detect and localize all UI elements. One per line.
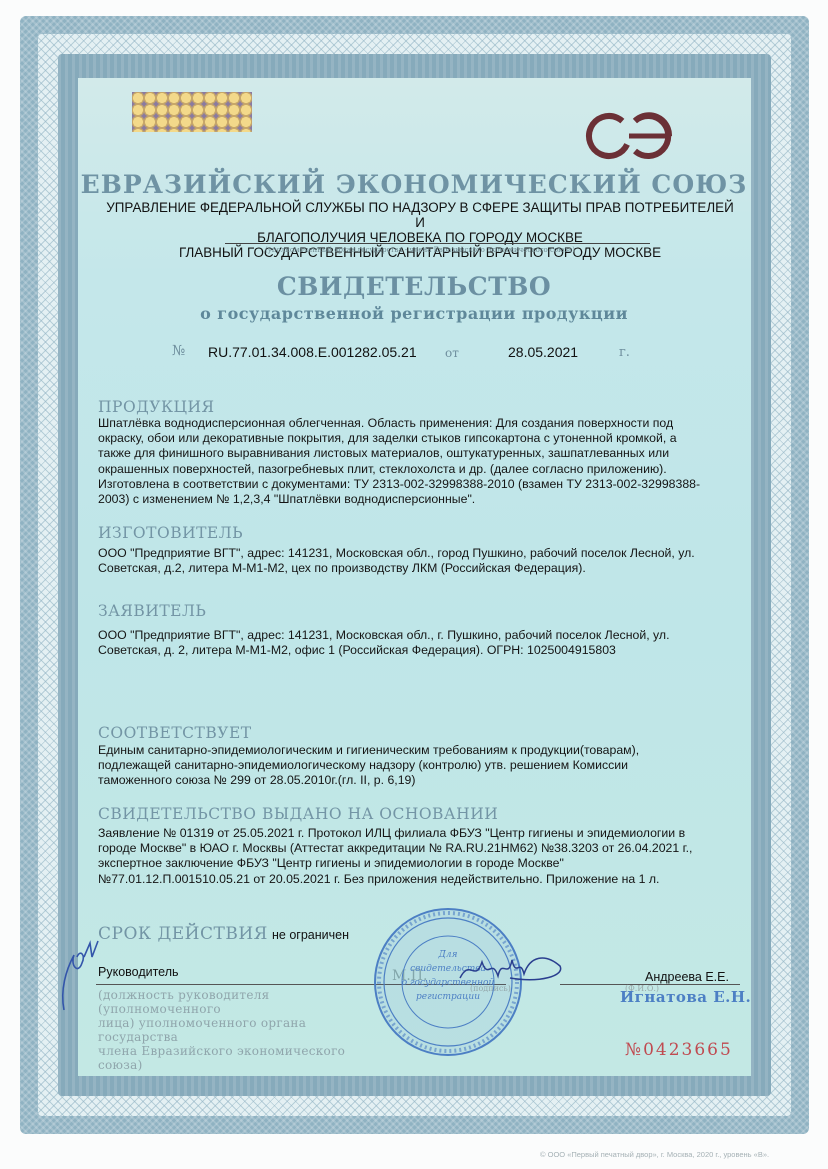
divider <box>225 243 650 244</box>
hologram-sticker <box>132 92 252 132</box>
section-body-manufacturer: ООО "Предприятие ВГТ", адрес: 141231, Мо… <box>98 546 738 576</box>
text-line: Изготовлена в соответствии с документами… <box>98 477 738 492</box>
section-body-complies: Единым санитарно-эпидемиологическим и ги… <box>98 743 738 789</box>
text-line: окрашенных поверхностей, пазогребневых п… <box>98 462 738 477</box>
text-line: члена Евразийского экономического союза) <box>98 1044 383 1072</box>
section-heading-manufacturer: ИЗГОТОВИТЕЛЬ <box>98 524 243 542</box>
section-body-product: Шпатлёвка воднодисперсионная облегченная… <box>98 416 738 507</box>
conformity-mark-icon <box>577 111 687 161</box>
validity-value: не ограничен <box>272 928 349 942</box>
handwritten-signature-icon <box>450 948 570 988</box>
text-line: Советская, д. 2, литера М-М1-М2, офис 1 … <box>98 643 738 658</box>
union-title: ЕВРАЗИЙСКИЙ ЭКОНОМИЧЕСКИЙ СОЮЗ <box>0 170 828 199</box>
text-line: Единым санитарно-эпидемиологическим и ги… <box>98 743 738 758</box>
stamped-name: Игнатова Е.Н. <box>620 988 751 1006</box>
certificate-date: 28.05.2021 <box>508 344 578 360</box>
authority-line-1: УПРАВЛЕНИЕ ФЕДЕРАЛЬНОЙ СЛУЖБЫ ПО НАДЗОРУ… <box>100 200 740 230</box>
head-label: Руководитель <box>98 965 179 979</box>
text-line: таможенного союза № 299 от 28.05.2010г.(… <box>98 773 738 788</box>
text-line: лица) уполномоченного органа государства <box>98 1016 383 1044</box>
section-heading-basis: СВИДЕТЕЛЬСТВО ВЫДАНО НА ОСНОВАНИИ <box>98 805 498 823</box>
text-line: городе Москве" в ЮАО г. Москвы (Аттестат… <box>98 841 738 856</box>
section-heading-applicant: ЗАЯВИТЕЛЬ <box>98 602 206 620</box>
certificate-number: RU.77.01.34.008.E.001282.05.21 <box>208 344 417 360</box>
text-line: окраску, обои или декоративные покрытия,… <box>98 431 738 446</box>
authority-note: (уполномоченный орган государства - член… <box>100 246 740 254</box>
section-heading-validity: СРОК ДЕЙСТВИЯ <box>98 924 268 944</box>
text-line: Советская, д.2, литера М-М1-М2, цех по п… <box>98 561 738 576</box>
text-line: ООО "Предприятие ВГТ", адрес: 141231, Мо… <box>98 628 738 643</box>
printer-note: © ООО «Первый печатный двор», г. Москва,… <box>540 1150 769 1159</box>
year-suffix: г. <box>619 345 630 360</box>
section-body-applicant: ООО "Предприятие ВГТ", адрес: 141231, Мо… <box>98 628 738 658</box>
section-heading-product: ПРОДУКЦИЯ <box>98 398 215 416</box>
certificate-subtitle: о государственной регистрации продукции <box>0 304 828 323</box>
text-line: экспертное заключение ФБУЗ "Центр гигиен… <box>98 856 738 871</box>
date-label: от <box>445 346 459 360</box>
text-line: также для финишного выравнивания листовы… <box>98 446 738 461</box>
text-line: Шпатлёвка воднодисперсионная облегченная… <box>98 416 738 431</box>
handwritten-initials-icon <box>52 935 102 1015</box>
text-line: (должность руководителя (уполномоченного <box>98 988 383 1016</box>
svg-text:регистрации: регистрации <box>416 992 480 1002</box>
text-line: подлежащей санитарно-эпидемиологическому… <box>98 758 738 773</box>
text-line: Заявление № 01319 от 25.05.2021 г. Прото… <box>98 826 738 841</box>
head-name: Андреева Е.Е. <box>645 970 729 984</box>
certificate-title: СВИДЕТЕЛЬСТВО <box>0 272 828 301</box>
text-line: ООО "Предприятие ВГТ", адрес: 141231, Мо… <box>98 546 738 561</box>
text-line: №77.01.12.П.001510.05.21 от 20.05.2021 г… <box>98 872 738 887</box>
position-note: (должность руководителя (уполномоченного… <box>98 988 383 1072</box>
section-body-basis: Заявление № 01319 от 25.05.2021 г. Прото… <box>98 826 738 887</box>
number-label: № <box>172 343 185 359</box>
text-line: 2003) с изменением № 1,2,3,4 "Шпатлёвки … <box>98 492 738 507</box>
serial-number: №0423665 <box>625 1040 733 1060</box>
section-heading-complies: СООТВЕТСТВУЕТ <box>98 724 252 742</box>
